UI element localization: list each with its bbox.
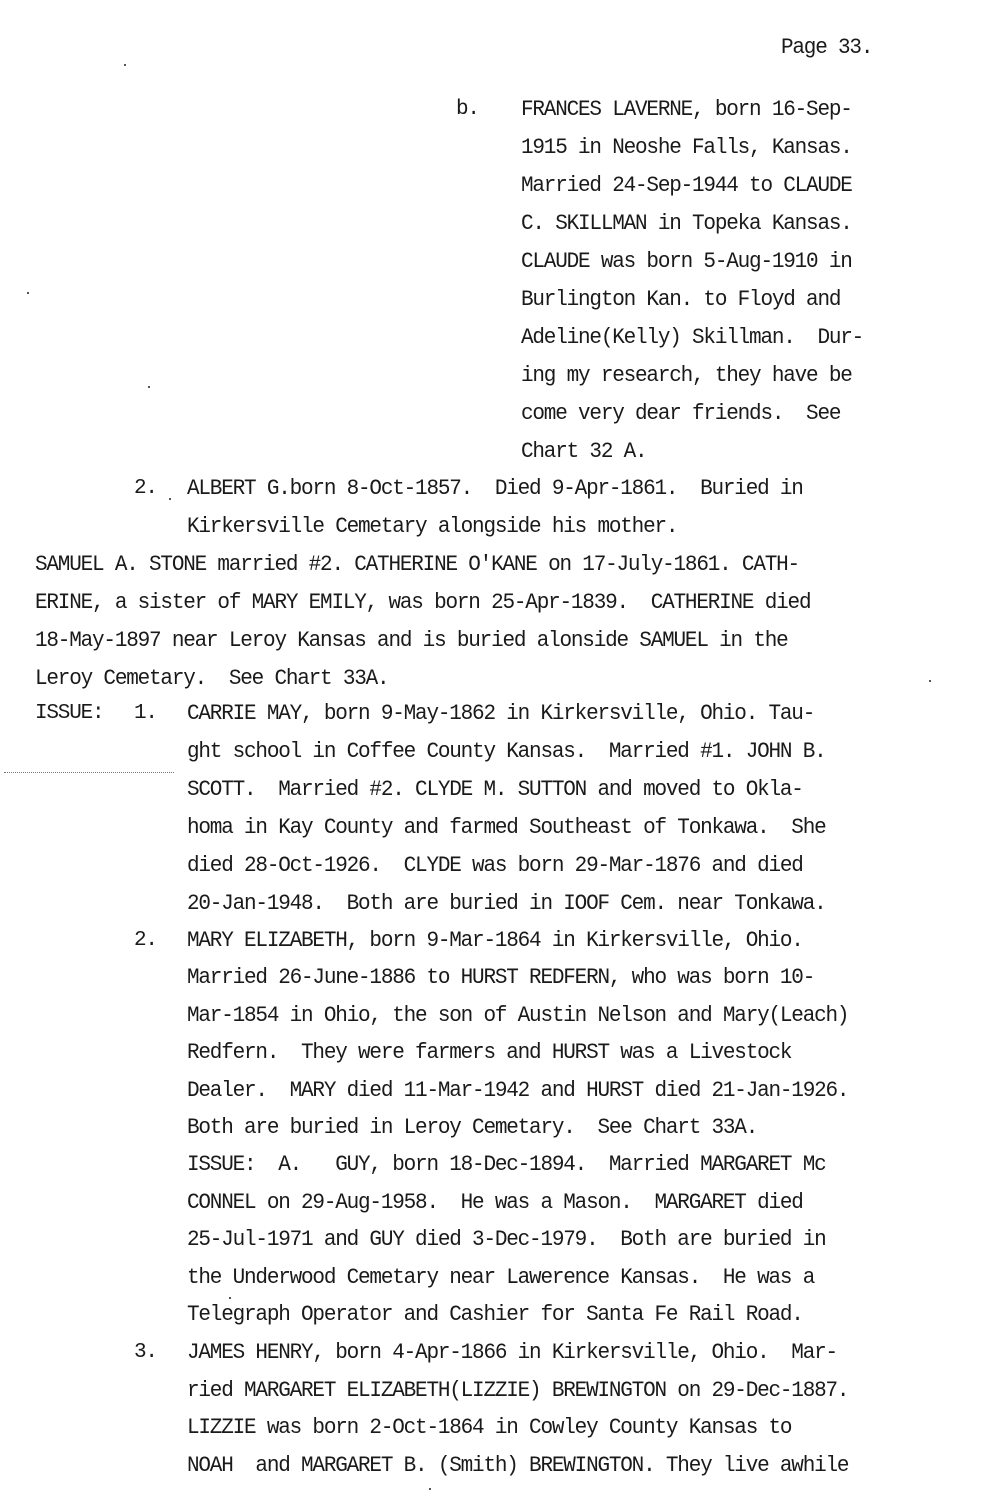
text-line: JAMES HENRY, born 4-Apr-1866 in Kirkersv… (187, 1341, 837, 1366)
text-line: SAMUEL A. STONE married #2. CATHERINE O'… (35, 553, 799, 578)
text-line: MARY ELIZABETH, born 9-Mar-1864 in Kirke… (187, 929, 803, 954)
text-line: FRANCES LAVERNE, born 16-Sep- (521, 98, 852, 123)
text-line: CARRIE MAY, born 9-May-1862 in Kirkersvi… (187, 702, 814, 727)
text-line: Married 26-June-1886 to HURST REDFERN, w… (187, 966, 814, 991)
document-page: Page 33. b. FRANCES LAVERNE, born 16-Sep… (0, 0, 984, 1500)
scan-speck (929, 680, 931, 682)
entry-marker: 2. (134, 929, 157, 953)
text-line: Redfern. They were farmers and HURST was… (187, 1041, 791, 1066)
text-line: ISSUE: A. GUY, born 18-Dec-1894. Married… (187, 1153, 826, 1178)
text-line: Leroy Cemetary. See Chart 33A. (35, 667, 388, 692)
entry-marker: 2. (134, 477, 157, 501)
scan-artifact-dots (4, 772, 174, 774)
text-line: Telegraph Operator and Cashier for Santa… (187, 1303, 803, 1328)
text-line: Both are buried in Leroy Cemetary. See C… (187, 1116, 757, 1141)
text-line: Dealer. MARY died 11-Mar-1942 and HURST … (187, 1079, 848, 1104)
text-line: Adeline(Kelly) Skillman. Dur- (521, 326, 863, 351)
entry-marker: 1. (134, 702, 157, 726)
text-line: 25-Jul-1971 and GUY died 3-Dec-1979. Bot… (187, 1228, 826, 1253)
scan-speck (27, 292, 29, 294)
text-line: C. SKILLMAN in Topeka Kansas. (521, 212, 852, 237)
text-line: LIZZIE was born 2-Oct-1864 in Cowley Cou… (187, 1416, 791, 1441)
entry-marker: b. (456, 98, 479, 122)
entry-marker: 3. (134, 1341, 157, 1365)
text-line: ALBERT G.born 8-Oct-1857. Died 9-Apr-186… (187, 477, 803, 502)
text-line: NOAH and MARGARET B. (Smith) BREWINGTON.… (187, 1454, 848, 1479)
text-line: 20-Jan-1948. Both are buried in IOOF Cem… (187, 892, 826, 917)
text-line: Burlington Kan. to Floyd and (521, 288, 840, 313)
text-line: 1915 in Neoshe Falls, Kansas. (521, 136, 852, 161)
text-line: Chart 32 A. (521, 440, 646, 465)
text-line: ing my research, they have be (521, 364, 852, 389)
text-line: died 28-Oct-1926. CLYDE was born 29-Mar-… (187, 854, 803, 879)
page-number: Page 33. (781, 36, 872, 61)
issue-label: ISSUE: (35, 702, 103, 726)
text-line: ght school in Coffee County Kansas. Marr… (187, 740, 826, 765)
scan-speck (148, 386, 150, 388)
scan-speck (169, 498, 171, 500)
scan-speck (429, 1488, 431, 1490)
text-line: ERINE, a sister of MARY EMILY, was born … (35, 591, 810, 616)
text-line: SCOTT. Married #2. CLYDE M. SUTTON and m… (187, 778, 803, 803)
text-line: CLAUDE was born 5-Aug-1910 in (521, 250, 852, 275)
text-line: come very dear friends. See (521, 402, 840, 427)
text-line: homa in Kay County and farmed Southeast … (187, 816, 826, 841)
text-line: 18-May-1897 near Leroy Kansas and is bur… (35, 629, 788, 654)
text-line: Married 24-Sep-1944 to CLAUDE (521, 174, 852, 199)
text-line: ried MARGARET ELIZABETH(LIZZIE) BREWINGT… (187, 1379, 848, 1404)
scan-speck (229, 1297, 231, 1299)
text-line: Kirkersville Cemetary alongside his moth… (187, 515, 677, 540)
scan-speck (124, 64, 126, 66)
text-line: the Underwood Cemetary near Lawerence Ka… (187, 1266, 814, 1291)
text-line: Mar-1854 in Ohio, the son of Austin Nels… (187, 1004, 848, 1029)
text-line: CONNEL on 29-Aug-1958. He was a Mason. M… (187, 1191, 803, 1216)
